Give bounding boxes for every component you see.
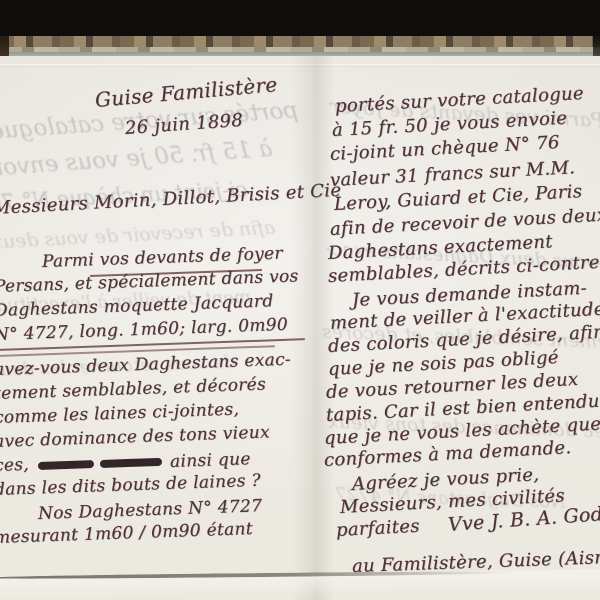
- ghost-bleedthrough-text: à 15 fr. 50 je vous envoie: [0, 136, 273, 182]
- closing-line: parfaites: [335, 516, 420, 541]
- handwritten-line: ainsi que: [170, 449, 251, 472]
- paper-spread: portés sur votre catalogue à 15 fr. 50 j…: [0, 56, 600, 600]
- handwritten-line: avec dominance des tons vieux: [0, 422, 270, 452]
- handwritten-line: dans les dits bouts de laines ?: [0, 471, 261, 500]
- handwritten-line: ces,: [0, 455, 29, 476]
- copybook-photo: portés sur votre catalogue à 15 fr. 50 j…: [0, 0, 600, 600]
- black-backdrop: [0, 0, 600, 38]
- strikethrough-mark: [100, 458, 162, 468]
- strikethrough-mark: [38, 460, 94, 470]
